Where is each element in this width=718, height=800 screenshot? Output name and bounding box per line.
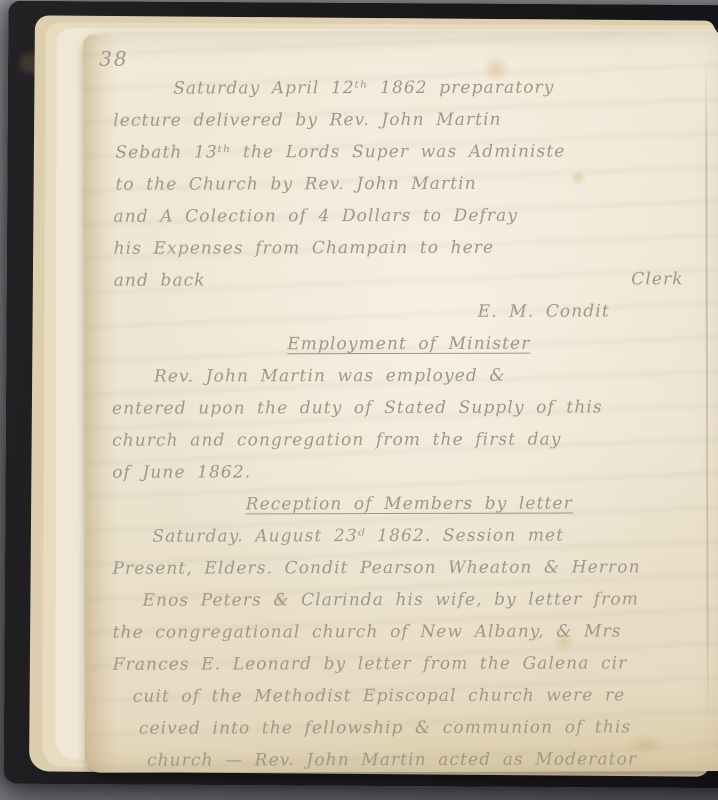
handwritten-line: Enos Peters & Clarinda his wife, by lett… (112, 583, 706, 617)
page-number: 38 (99, 47, 129, 71)
handwritten-line-text: Saturday April 12ᵗʰ 1862 preparatory (173, 72, 554, 105)
handwritten-line-text: entered upon the duty of Stated Supply o… (112, 391, 603, 424)
handwritten-line-text: the congregational church of New Albany,… (113, 615, 622, 648)
section-heading: Employment of Minister (112, 327, 706, 361)
handwritten-line-text: Present, Elders. Condit Pearson Wheaton … (112, 551, 640, 584)
handwritten-line-text: cuit of the Methodist Episcopal church w… (133, 679, 626, 712)
handwritten-line: Saturday April 12ᵗʰ 1862 preparatory (111, 71, 705, 105)
handwritten-line: cuit of the Methodist Episcopal church w… (113, 679, 707, 713)
handwritten-line: church and congregation from the first d… (112, 423, 706, 457)
handwritten-line-right-text: Clerk (631, 263, 706, 295)
handwritten-line-text: church and congregation from the first d… (112, 424, 562, 457)
handwritten-line: the congregational church of New Albany,… (113, 615, 707, 649)
handwritten-line-text: and back (114, 265, 206, 297)
handwritten-line: to the Church by Rev. John Martin (111, 167, 705, 201)
handwritten-line: Saturday. August 23ᵈ 1862. Session met (112, 519, 706, 553)
handwritten-line: Rev. John Martin was employed & (112, 359, 706, 393)
handwritten-line-text: ceived into the fellowship & communion o… (139, 711, 631, 744)
handwritten-line: church — Rev. John Martin acted as Moder… (113, 743, 707, 777)
handwritten-line-text: Rev. John Martin was employed & (154, 360, 506, 393)
handwritten-line-text: Frances E. Leonard by letter from the Ga… (113, 647, 628, 680)
handwritten-line-text: and A Colection of 4 Dollars to Defray (113, 200, 518, 233)
section-heading: Reception of Members by letter (112, 487, 706, 521)
handwritten-line: and A Colection of 4 Dollars to Defray (111, 199, 705, 233)
handwritten-line-text: Saturday. August 23ᵈ 1862. Session met (152, 520, 564, 553)
handwritten-line: Frances E. Leonard by letter from the Ga… (113, 647, 707, 681)
handwritten-line: of June 1862. (112, 455, 706, 489)
manuscript-page: 38 Saturday April 12ᵗʰ 1862 preparatory … (83, 33, 718, 773)
handwritten-line: E. M. Condit (112, 295, 706, 329)
handwritten-line: lecture delivered by Rev. John Martin (111, 103, 705, 137)
handwritten-line: and back Clerk (112, 263, 706, 297)
handwritten-line-text: Employment of Minister (287, 328, 530, 361)
photo-backdrop: 38 Saturday April 12ᵗʰ 1862 preparatory … (0, 0, 718, 800)
handwritten-line: entered upon the duty of Stated Supply o… (112, 391, 706, 425)
handwritten-line-text: Sebath 13ᵗʰ the Lords Super was Administ… (115, 136, 565, 169)
handwritten-line-text: E. M. Condit (478, 295, 610, 327)
handwritten-line: his Expenses from Champain to here (112, 231, 706, 265)
handwritten-line-text: lecture delivered by Rev. John Martin (113, 104, 502, 137)
handwritten-line-text: church — Rev. John Martin acted as Moder… (147, 743, 637, 776)
handwritten-line-text: Enos Peters & Clarinda his wife, by lett… (142, 583, 639, 616)
handwritten-line: Sebath 13ᵗʰ the Lords Super was Administ… (111, 135, 705, 169)
handwritten-line-text: his Expenses from Champain to here (114, 232, 495, 265)
handwritten-line: Present, Elders. Condit Pearson Wheaton … (112, 551, 706, 585)
handwritten-line: ceived into the fellowship & communion o… (113, 711, 707, 745)
handwritten-line-text: Reception of Members by letter (246, 488, 573, 521)
handwritten-text-block: Saturday April 12ᵗʰ 1862 preparatory lec… (111, 71, 707, 777)
handwritten-line-text: to the Church by Rev. John Martin (115, 168, 476, 201)
handwritten-line-text: of June 1862. (112, 456, 251, 488)
